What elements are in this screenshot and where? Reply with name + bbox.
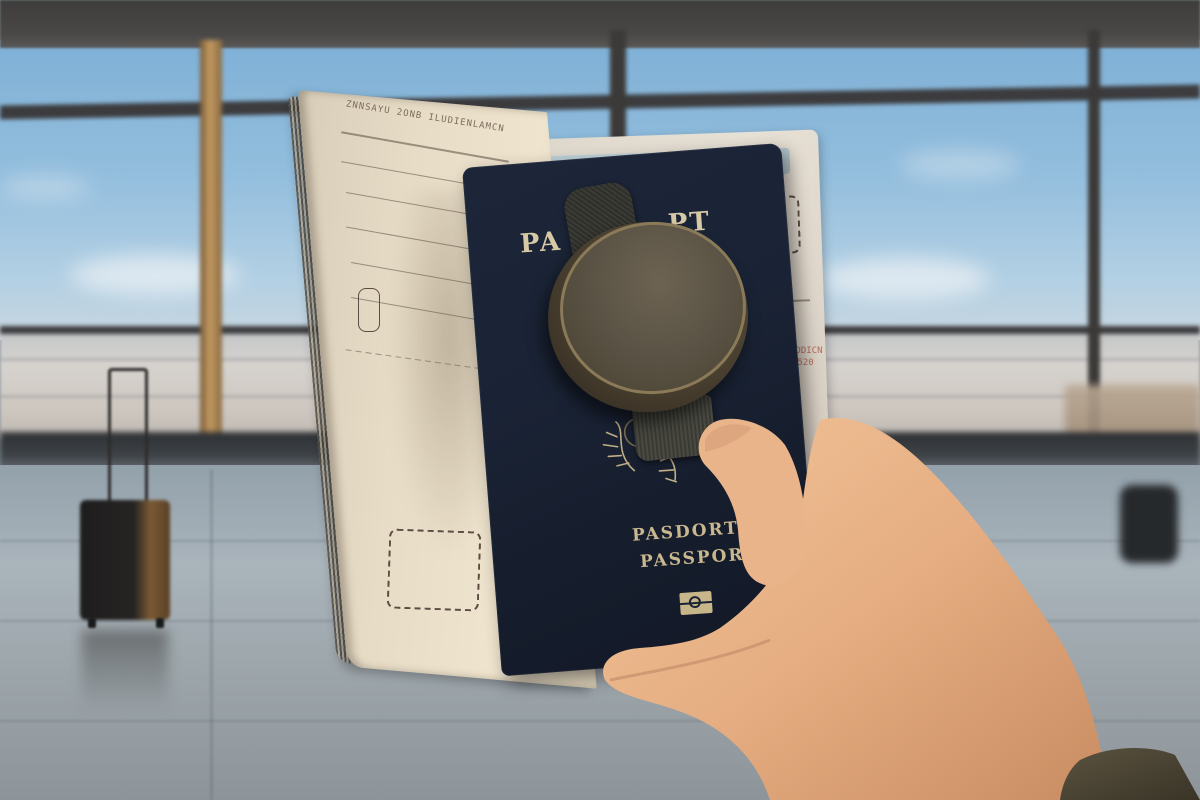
palm (603, 418, 1110, 800)
hand (0, 0, 1200, 800)
